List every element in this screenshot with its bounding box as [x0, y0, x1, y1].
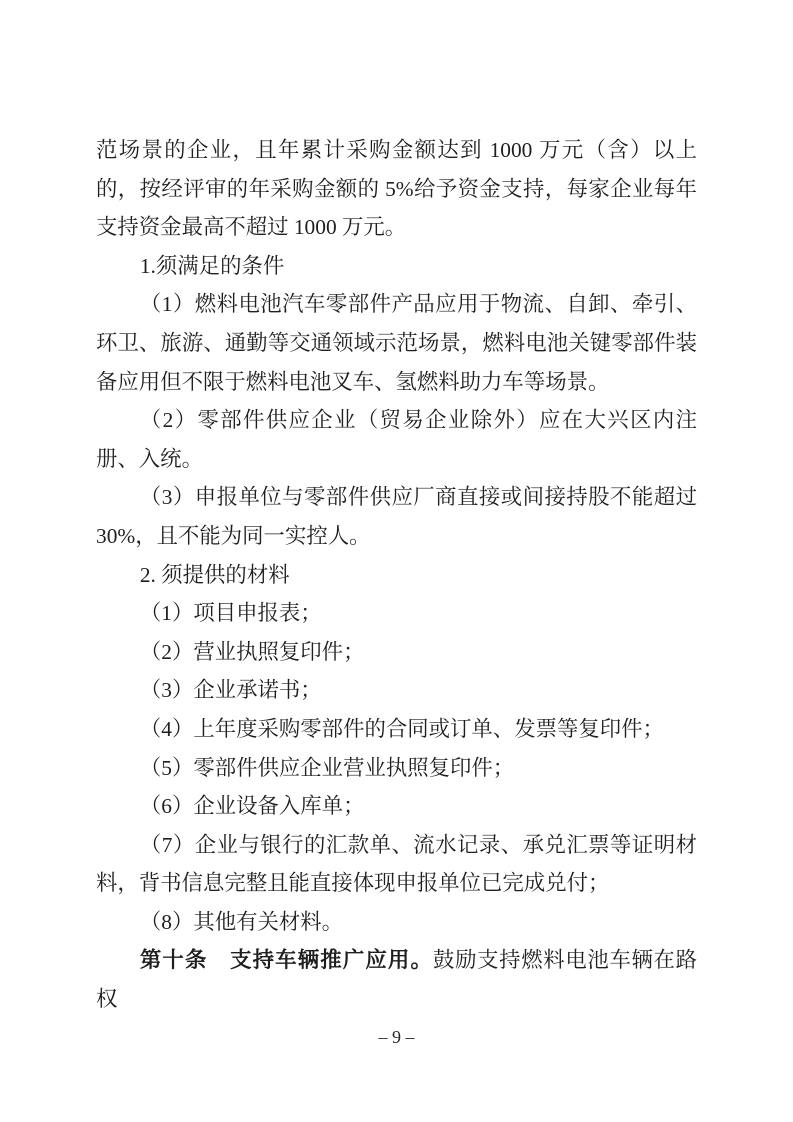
document-body: 范场景的企业，且年累计采购金额达到 1000 万元（含）以上的，按经评审的年采购… — [96, 131, 697, 1019]
article-10-heading: 第十条 支持车辆推广应用。 — [140, 948, 433, 972]
paragraph-material-7: （7）企业与银行的汇款单、流水记录、承兑汇票等证明材料，背书信息完整且能直接体现… — [96, 826, 697, 903]
paragraph-material-1: （1）项目申报表； — [96, 594, 697, 633]
paragraph-article-10: 第十条 支持车辆推广应用。鼓励支持燃料电池车辆在路权 — [96, 941, 697, 1018]
page-footer: – 9 – — [0, 1024, 793, 1050]
paragraph-material-6: （6）企业设备入库单； — [96, 787, 697, 826]
paragraph-materials-heading: 2. 须提供的材料 — [96, 556, 697, 595]
paragraph-condition-2: （2）零部件供应企业（贸易企业除外）应在大兴区内注册、入统。 — [96, 401, 697, 478]
paragraph-material-5: （5）零部件供应企业营业执照复印件； — [96, 749, 697, 788]
paragraph-conditions-heading: 1.须满足的条件 — [96, 247, 697, 286]
paragraph-continuation: 范场景的企业，且年累计采购金额达到 1000 万元（含）以上的，按经评审的年采购… — [96, 131, 697, 247]
paragraph-condition-1: （1）燃料电池汽车零部件产品应用于物流、自卸、牵引、环卫、旅游、通勤等交通领域示… — [96, 285, 697, 401]
page-number: – 9 – — [379, 1027, 415, 1047]
paragraph-material-2: （2）营业执照复印件； — [96, 633, 697, 672]
paragraph-material-3: （3）企业承诺书； — [96, 671, 697, 710]
paragraph-material-4: （4）上年度采购零部件的合同或订单、发票等复印件； — [96, 710, 697, 749]
paragraph-material-8: （8）其他有关材料。 — [96, 903, 697, 942]
document-page: 范场景的企业，且年累计采购金额达到 1000 万元（含）以上的，按经评审的年采购… — [0, 0, 793, 1122]
paragraph-condition-3: （3）申报单位与零部件供应厂商直接或间接持股不能超过 30%，且不能为同一实控人… — [96, 478, 697, 555]
